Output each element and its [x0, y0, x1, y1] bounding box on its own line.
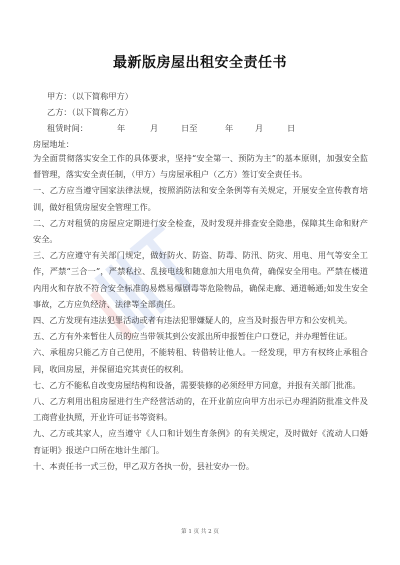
document-body: 为全面贯彻落实安全工作的具体要求，坚持“安全第一、预防为主”的基本原则，加强安全… — [33, 150, 368, 474]
clause-3: 三、乙方应遵守有关部门规定，做好防火、防盗、防毒、防汛、防灾、用电、用气等安全工… — [33, 247, 368, 312]
clause-2: 二、乙方对租赁的房屋应定期进行安全检查，及时发现并排查安全隐患，保障其生命和财产… — [33, 215, 368, 247]
intro-paragraph: 为全面贯彻落实安全工作的具体要求，坚持“安全第一、预防为主”的基本原则，加强安全… — [33, 150, 368, 182]
lease-end-day: 日 — [287, 123, 295, 134]
clause-9: 九、乙方或其家人，应当遵守《人口和计划生育条例》的有关规定，及时做好《流动人口婚… — [33, 425, 368, 457]
lease-period-row: 租赁时间： 年 月 日至 年 月 日 — [47, 123, 347, 135]
clause-6: 六、承租房只能乙方自己使用，不能转租、转借转让他人。一经发现，甲方有权终止承租合… — [33, 344, 368, 376]
address-label: 房屋地址： — [33, 139, 74, 150]
clause-5: 五、乙方有外来暂住人员的应当带领其到公安派出所申报暂住户口登记，并办理暂住证。 — [33, 328, 368, 344]
party-a-line: 甲方：（以下简称甲方） — [47, 91, 133, 102]
lease-end-year: 年 — [225, 123, 233, 134]
lease-end-month: 月 — [255, 123, 263, 134]
lease-start-year: 年 — [117, 123, 125, 134]
clause-8: 八、乙方利用出租房屋进行生产经营活动的，在开业前应向甲方出示已办理消防批准文件及… — [33, 393, 368, 425]
clause-10: 十、本责任书一式三份，甲乙双方各执一份，县社安办一份。 — [33, 458, 368, 474]
page-number: 第 1 页 共 2 页 — [0, 527, 400, 535]
party-b-line: 乙方：（以下简称乙方） — [47, 107, 133, 118]
clause-1: 一、乙方应当遵守国家法律法规，按照消防法和安全条例等有关规定，开展安全宣传教育培… — [33, 182, 368, 214]
lease-start-month: 月 — [150, 123, 158, 134]
lease-period-label: 租赁时间： — [47, 123, 88, 134]
clause-7: 七、乙方不能私自改变房屋结构和设备，需要装修的必须经甲方同意，并报有关部门批准。 — [33, 377, 368, 393]
document-page: 最新版房屋出租安全责任书 甲方：（以下简称甲方） 乙方：（以下简称乙方） 租赁时… — [0, 0, 400, 565]
clause-4: 四、乙方发现有违法犯罪活动或者有违法犯罪嫌疑人的，应当及时报告甲方和公安机关。 — [33, 312, 368, 328]
lease-start-day-to: 日至 — [181, 123, 197, 134]
document-title: 最新版房屋出租安全责任书 — [0, 52, 400, 72]
